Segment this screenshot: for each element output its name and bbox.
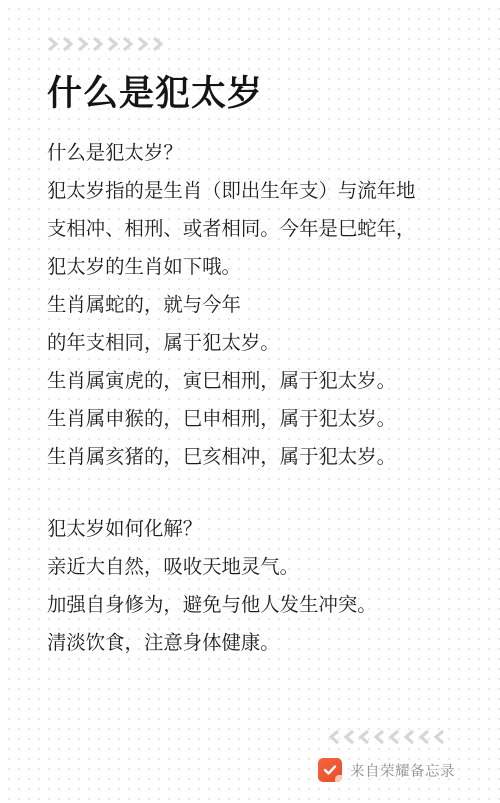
chevron-left-icon: [342, 728, 357, 746]
note-line: 生肖属亥猪的，巳亥相冲，属于犯太岁。: [47, 438, 467, 476]
note-line: 清淡饮食，注意身体健康。: [47, 624, 467, 662]
chevron-right-icon: [106, 35, 121, 53]
chevron-right-icon: [61, 35, 76, 53]
note-line: 犯太岁如何化解？: [47, 510, 467, 548]
note-line: 生肖属申猴的，巳申相刑，属于犯太岁。: [47, 400, 467, 438]
chevron-left-icon: [357, 728, 372, 746]
chevron-right-icon: [136, 35, 151, 53]
note-title: 什么是犯太岁: [47, 72, 263, 116]
note-line: 支相冲、相刑、或者相同。今年是巳蛇年，: [47, 210, 467, 248]
chevron-left-icon: [417, 728, 432, 746]
note-line: 加强自身修为，避免与他人发生冲突。: [47, 586, 467, 624]
note-blank-line: [47, 476, 467, 510]
note-body: 什么是犯太岁？ 犯太岁指的是生肖（即出生年支）与流年地 支相冲、相刑、或者相同。…: [47, 134, 467, 662]
note-line: 什么是犯太岁？: [47, 134, 467, 172]
decorative-chevrons-top: [46, 35, 166, 53]
chevron-left-icon: [402, 728, 417, 746]
note-line: 犯太岁指的是生肖（即出生年支）与流年地: [47, 172, 467, 210]
chevron-right-icon: [46, 35, 61, 53]
note-line: 亲近大自然，吸收天地灵气。: [47, 548, 467, 586]
chevron-right-icon: [91, 35, 106, 53]
decorative-chevrons-bottom: [327, 728, 447, 746]
source-attribution: 来自荣耀备忘录: [318, 758, 455, 782]
source-text: 来自荣耀备忘录: [350, 760, 455, 781]
chevron-left-icon: [387, 728, 402, 746]
honor-notes-app-icon: [318, 758, 342, 782]
note-line: 生肖属寅虎的，寅巳相刑，属于犯太岁。: [47, 362, 467, 400]
note-line: 生肖属蛇的，就与今年: [47, 286, 467, 324]
chevron-right-icon: [121, 35, 136, 53]
chevron-right-icon: [151, 35, 166, 53]
check-icon: [323, 764, 337, 776]
chevron-left-icon: [327, 728, 342, 746]
chevron-left-icon: [432, 728, 447, 746]
chevron-left-icon: [372, 728, 387, 746]
note-line: 的年支相同，属于犯太岁。: [47, 324, 467, 362]
chevron-right-icon: [76, 35, 91, 53]
note-line: 犯太岁的生肖如下哦。: [47, 248, 467, 286]
